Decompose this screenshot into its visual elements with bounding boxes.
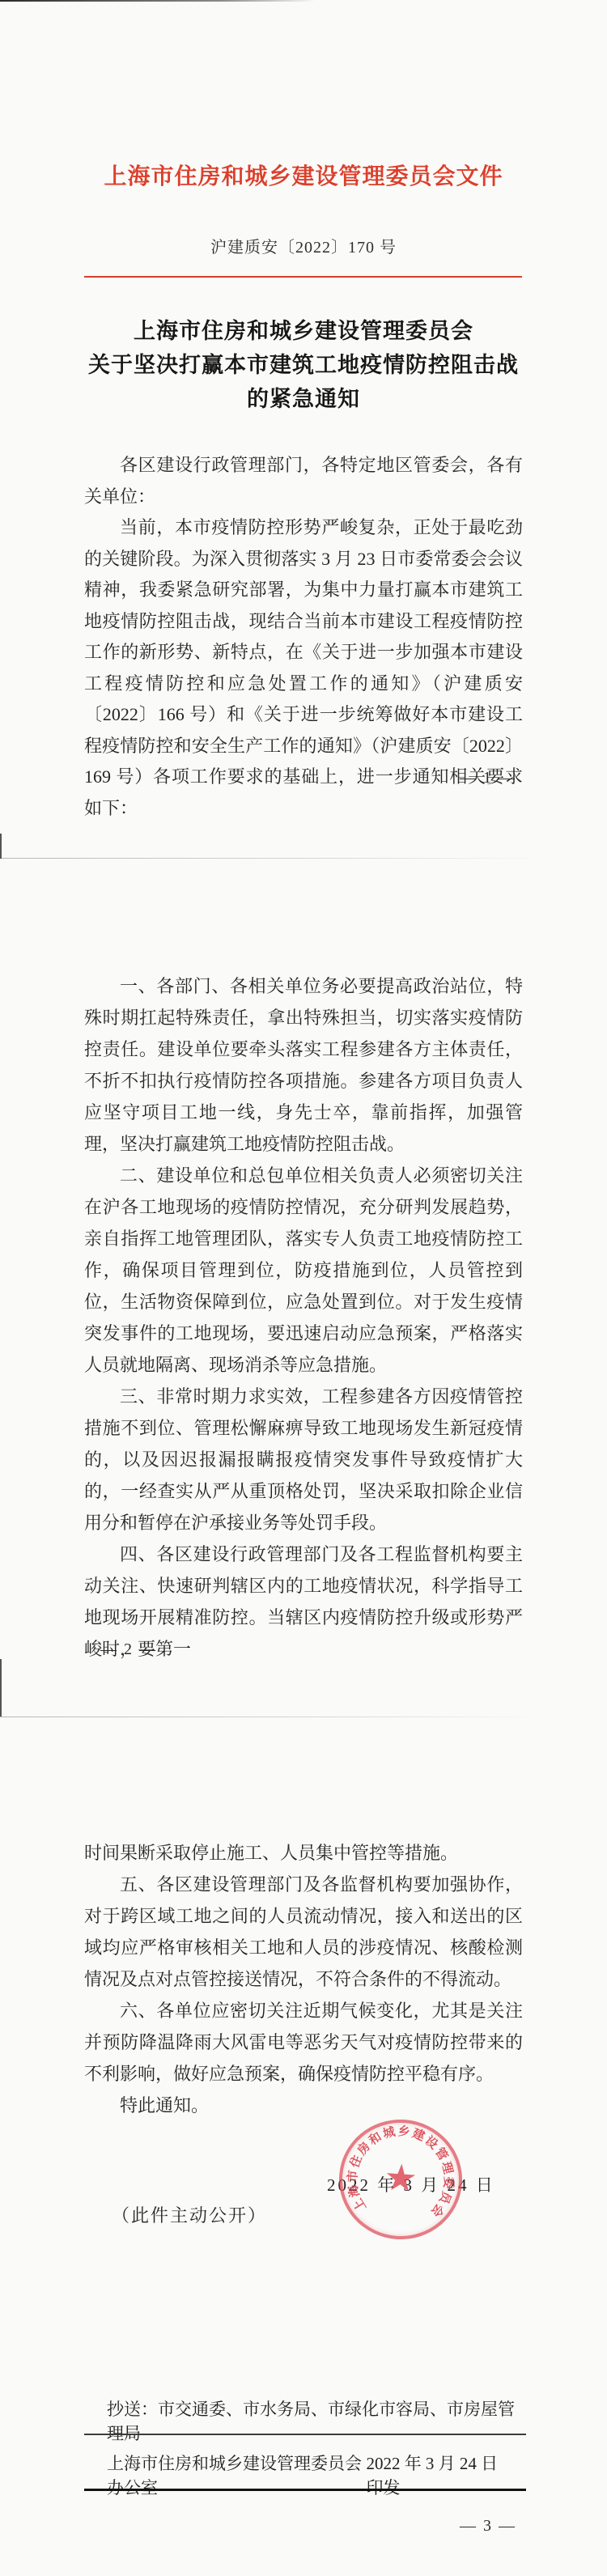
- document-title: 上海市住房和城乡建设管理委员会 关于坚决打赢本市建筑工地疫情防控阻击战 的紧急通…: [45, 314, 562, 416]
- section-paragraph-4-continuation: 时间果断采取停止施工、人员集中管控等措施。: [84, 1837, 523, 1869]
- public-disclosure-note: （此件主动公开）: [112, 2202, 267, 2227]
- doc-number: 沪建质安〔2022〕170 号: [0, 234, 607, 257]
- page1-body: 各区建设行政管理部门，各特定地区管委会，各有关单位： 当前，本市疫情防控形势严峻…: [84, 450, 523, 824]
- section-paragraph-2: 二、建设单位和总包单位相关负责人必须密切关注在沪各工地现场的疫情防控情况，充分研…: [84, 1160, 523, 1381]
- seal-char: 管: [432, 2146, 449, 2163]
- section-paragraph-3: 三、非常时期力求实效，工程参建各方因疫情管控措施不到位、管理松懈麻痹导致工地现场…: [84, 1381, 523, 1538]
- section-paragraph-6: 六、各单位应密切关注近期气候变化，尤其是关注并预防降温降雨大风雷电等恶劣天气对疫…: [84, 1995, 523, 2090]
- page3-body: 时间果断采取停止施工、人员集中管控等措施。 五、各区建设管理部门及各监督机构要加…: [84, 1837, 523, 2121]
- seal-char: 和: [367, 2131, 384, 2148]
- issue-date: 2022 年 3 月 24 日: [327, 2172, 495, 2196]
- seal-char: 房: [356, 2141, 373, 2158]
- footer-divider-thin: [84, 2434, 526, 2435]
- salutation: 各区建设行政管理部门，各特定地区管委会，各有关单位：: [84, 450, 523, 512]
- page-1: 上海市住房和城乡建设管理委员会文件 沪建质安〔2022〕170 号 上海市住房和…: [0, 0, 607, 859]
- seal-char: 设: [422, 2135, 439, 2152]
- footer-office-row: 上海市住房和城乡建设管理委员会办公室 2022 年 3 月 24 日印发: [107, 2451, 507, 2499]
- section-paragraph-5: 五、各区建设管理部门及各监督机构要加强协作，对于跨区域工地之间的人员流动情况，接…: [84, 1869, 523, 1995]
- page-number-2: — 2 —: [100, 1640, 157, 1659]
- document-title-line-2: 关于坚决打赢本市建筑工地疫情防控阻击战: [45, 348, 562, 382]
- seal-char: 建: [410, 2128, 427, 2144]
- seal-char: 城: [382, 2127, 397, 2141]
- seal-char: 住: [349, 2154, 365, 2171]
- print-date: 2022 年 3 月 24 日印发: [366, 2451, 507, 2499]
- page-number-1: — 1 —: [460, 769, 516, 787]
- page2-body: 一、各部门、各相关单位务必要提高政治站位，特殊时期扛起特殊责任，拿出特殊担当，切…: [84, 970, 523, 1665]
- scanned-document: 上海市住房和城乡建设管理委员会文件 沪建质安〔2022〕170 号 上海市住房和…: [0, 0, 607, 2576]
- document-title-line-3: 的紧急通知: [45, 382, 562, 416]
- seal-char: 会: [428, 2201, 445, 2218]
- document-header-title: 上海市住房和城乡建设管理委员会文件: [0, 159, 607, 191]
- closing-line: 特此通知。: [84, 2090, 523, 2121]
- issuer-office: 上海市住房和城乡建设管理委员会办公室: [107, 2451, 366, 2499]
- seal-char: 上: [352, 2196, 369, 2213]
- opening-paragraph: 当前，本市疫情防控形势严峻复杂，正处于最吃劲的关键阶段。为深入贯彻落实 3 月 …: [84, 512, 523, 824]
- document-title-line-1: 上海市住房和城乡建设管理委员会: [45, 314, 562, 348]
- page-number-3: — 3 —: [460, 2517, 516, 2536]
- page-3: 时间果断采取停止施工、人员集中管控等措施。 五、各区建设管理部门及各监督机构要加…: [0, 1717, 607, 2576]
- cc-line: 抄送：市交通委、市水务局、市绿化市容局、市房屋管理局: [107, 2396, 528, 2445]
- page-2: 一、各部门、各相关单位务必要提高政治站位，特殊时期扛起特殊责任，拿出特殊担当，切…: [0, 859, 607, 1717]
- red-divider: [84, 276, 522, 278]
- footer-divider-thick: [84, 2489, 526, 2491]
- section-paragraph-1: 一、各部门、各相关单位务必要提高政治站位，特殊时期扛起特殊责任，拿出特殊担当，切…: [84, 970, 523, 1160]
- seal-char: 乡: [397, 2126, 410, 2139]
